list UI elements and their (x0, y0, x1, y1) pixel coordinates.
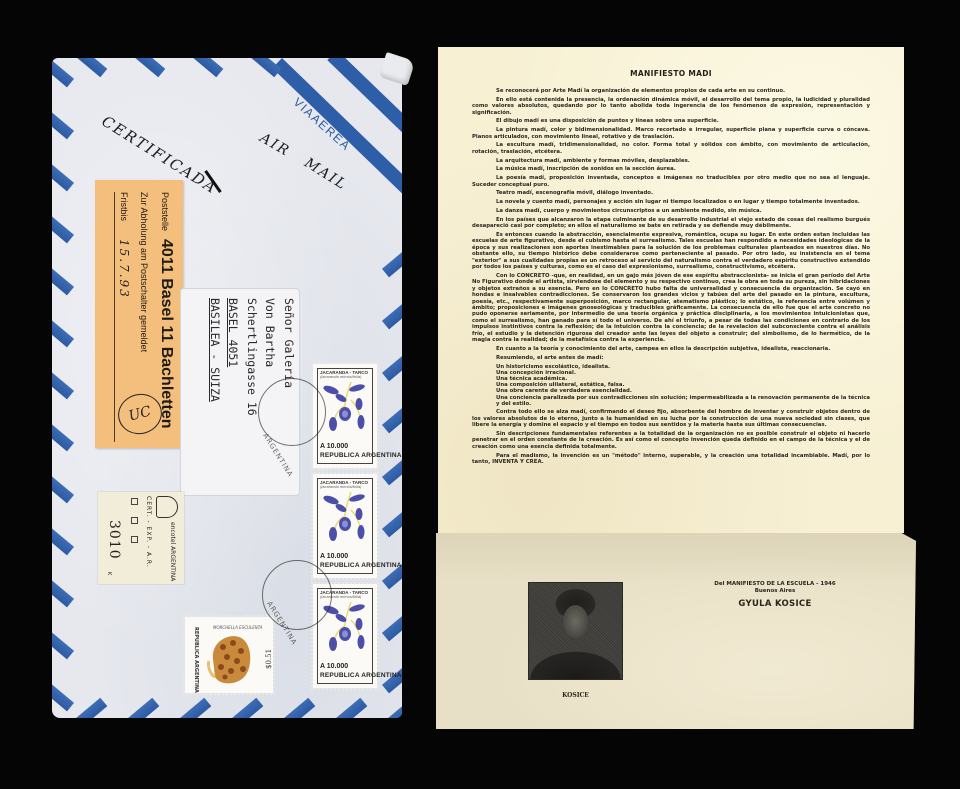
registration-brand: encotel ARGENTINA (169, 522, 176, 581)
portrait-caption: KOSICE (529, 692, 622, 699)
checkbox-cert (131, 498, 138, 505)
manifesto-paragraph: Es entonces cuando la abstracción, esenc… (472, 232, 870, 271)
airmail-stripe (131, 58, 166, 77)
airmail-stripe (281, 698, 316, 718)
airmail-stripe (382, 510, 402, 538)
notice-label-heading: Poststelle (160, 192, 170, 231)
manifesto-paragraph: La música madí, inscripción de sonidos e… (472, 166, 870, 172)
stamp-value: A 10.000 (320, 663, 348, 670)
airmail-stripe (382, 250, 402, 278)
airmail-stripe (52, 216, 74, 244)
airmail-stripe (247, 58, 282, 77)
airmail-stripe (52, 320, 74, 348)
airmail-band (272, 58, 402, 276)
stamp-value: A 10.000 (320, 443, 348, 450)
airmail-stripe (73, 58, 108, 77)
manifesto-paragraph: La poesía madí, proposición inventada, c… (472, 175, 870, 188)
stamp-value: $0.51 (265, 649, 273, 669)
manifesto-paragraph: En los países que alcanzaron la etapa cu… (472, 217, 870, 230)
notice-deadline-date: 15.7.93 (117, 239, 131, 299)
address-line: BASILEA - SUIZA (206, 298, 225, 498)
manifesto-paragraph: Contra todo ello se alza madí, confirman… (472, 409, 870, 428)
airmail-stripe (52, 632, 74, 660)
signature-author: GYULA KOSICE (700, 599, 850, 609)
jacaranda-stamp: JACARANDA - TARCO (Jacaranda mimosifolia… (313, 474, 377, 578)
registration-label: encotel ARGENTINA CERT. - EXP. - A.R. 30… (98, 492, 184, 584)
airmail-stripe (333, 698, 368, 718)
morel-mushroom-icon (205, 631, 255, 689)
manifesto-body: Se reconocerá por Arte Madí la organizac… (472, 88, 870, 468)
signature-block: Del MANIFIESTO DE LA ESCUELA - 1946 Buen… (700, 581, 850, 609)
encotel-logo-icon (156, 496, 178, 518)
airmail-stripe (385, 698, 402, 718)
manifesto-paragraph: El dibujo madí es una disposición de pun… (472, 118, 870, 124)
jacaranda-flower-icon (321, 380, 369, 440)
manifesto-title: MANIFIESTO MADI (438, 69, 904, 78)
registration-suffix: K (106, 572, 112, 575)
manifesto-paragraph: En cuanto a la teoría y conocimiento del… (472, 346, 870, 352)
registration-codes: CERT. - EXP. - A.R. (145, 496, 152, 568)
manifesto-paragraph: La arquitectura madí, ambiente y formas … (472, 158, 870, 164)
stamp-country: REPUBLICA ARGENTINA (320, 562, 402, 569)
airmail-stripe (382, 458, 402, 486)
manifesto-paragraph: La escultura madí, tridimensionalidad, n… (472, 142, 870, 155)
morchella-stamp: MORCHELLA ESCULENTA REPUBLICA ARGENTINA … (185, 617, 273, 693)
airmail-stripe (382, 406, 402, 434)
airmail-stripe (382, 666, 402, 694)
manifesto-paragraph: En ello está contenida la presencia, la … (472, 97, 870, 116)
airmail-stripe (52, 684, 74, 712)
manifesto-paragraph: La novela y cuento madí, personajes y ac… (472, 199, 870, 205)
address-line: Schertlingasse 16 (243, 298, 262, 498)
manifesto-paragraph: Se reconocerá por Arte Madí la organizac… (472, 88, 870, 94)
stamp-country: REPUBLICA ARGENTINA (320, 672, 402, 679)
notice-deadline-label: Fristbis (119, 192, 129, 221)
signature-city: Buenos Aires (700, 588, 850, 594)
notice-post-office: 4011 Basel 11 Bachletten (157, 239, 175, 428)
kosice-portrait (529, 583, 622, 679)
airmail-stripe (125, 698, 160, 718)
manifesto-paragraph: La pintura madí, color y bidimensionalid… (472, 127, 870, 140)
airmail-stripe (229, 698, 264, 718)
airmail-stripe (52, 268, 74, 296)
airmail-stripe (52, 164, 74, 192)
airmail-stripe (189, 58, 224, 77)
airmail-stripe (73, 698, 108, 718)
airmail-stripe (52, 60, 74, 88)
airmail-stripe (52, 476, 74, 504)
airmail-stripe (382, 354, 402, 382)
airmail-stripe (52, 424, 74, 452)
registration-number: 3010 (106, 520, 122, 560)
airmail-stripe (177, 698, 212, 718)
airmail-stripe (52, 112, 74, 140)
manifesto-paragraph: Teatro madí, escenografía móvil, diálogo… (472, 190, 870, 196)
airmail-stripe (52, 580, 74, 608)
manifesto-paragraph: Para el madismo, la invención es un "mét… (472, 453, 870, 466)
stamp-subtitle: (Jacaranda mimosifolia) (320, 485, 361, 489)
stamp-subtitle: (Jacaranda mimosifolia) (320, 375, 361, 379)
signature-source: Del MANIFIESTO DE LA ESCUELA - 1946 (700, 581, 850, 587)
stamp-value: A 10.000 (320, 553, 348, 560)
airmail-stripe (382, 302, 402, 330)
manifesto-list-item: Una conciencia paralizada por sus contra… (496, 395, 870, 407)
stamp-country: REPUBLICA ARGENTINA (320, 452, 402, 459)
checkbox-ar (131, 536, 138, 543)
airmail-stripe (52, 372, 74, 400)
airmail-stripe (52, 528, 74, 556)
list-intro: Resumiendo, el arte antes de madí: (472, 355, 870, 361)
manifesto-paragraph: Sin descripciones fundamentales referent… (472, 431, 870, 450)
jacaranda-flower-icon (321, 490, 369, 550)
manifesto-paragraph: La danza madí, cuerpo y movimientos circ… (472, 208, 870, 214)
airmail-stripe (382, 614, 402, 642)
manifesto-paragraph: Con lo CONCRETO -que, en realidad, en un… (472, 273, 870, 344)
stamp-country: REPUBLICA ARGENTINA (193, 627, 199, 683)
manifesto-sheet-lower-fold (436, 533, 916, 729)
stamp-title: MORCHELLA ESCULENTA (213, 625, 263, 630)
checkbox-exp (131, 517, 138, 524)
address-line: BASEL 4051 (224, 298, 243, 498)
postmark-lower (262, 560, 332, 630)
